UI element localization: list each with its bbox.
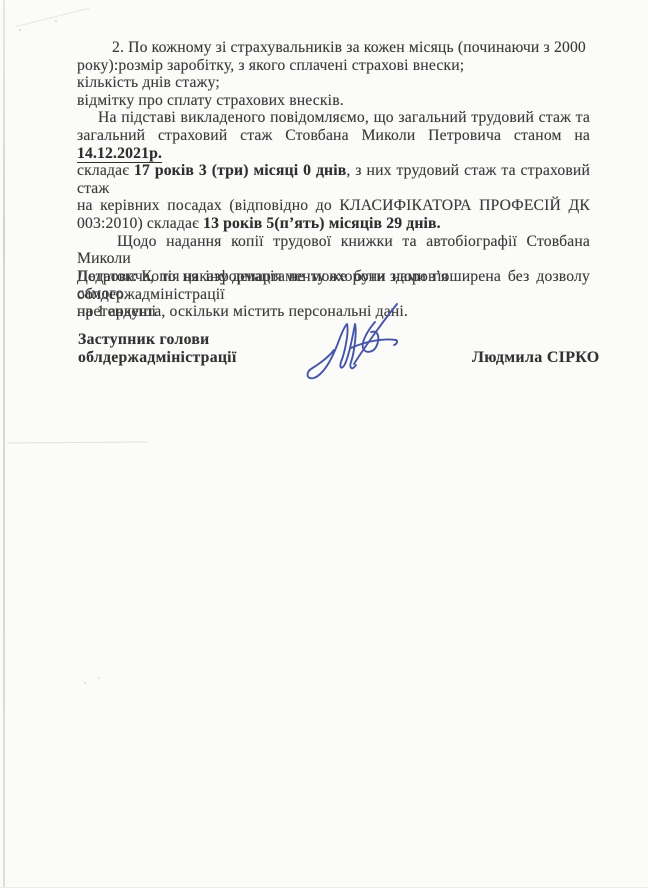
scan-edge-line [3,0,5,887]
paper-speck [19,29,21,31]
handwritten-signature [298,296,424,404]
para2-line2: загальний страховий стаж Стовбана Миколи… [77,127,590,162]
scan-scratch [16,8,90,27]
paper-speck [98,677,100,679]
signature-strokes [308,304,397,378]
para1-line4: відмітку про сплату страхових внесків. [77,92,590,110]
para1-line3: кількість днів стажу; [77,74,590,92]
para2-line1: На підставі викладеного повідомляємо, що… [77,109,590,127]
total-service-value: 17 років 3 (три) місяці 0 днів [134,162,346,179]
para2-line5: 003:2010) складає 13 років 5(п’ять) міся… [77,215,590,233]
para2-line2-text: загальний страховий стаж Стовбана Миколи… [77,127,590,144]
paper-speck [84,682,86,684]
para2-line3: складає 17 років 3 (три) місяці 0 днів, … [77,162,590,197]
document-page: 2. По кожному зі страхувальників за коже… [0,0,648,888]
record-date: 14.12.2021р. [77,145,162,164]
para2-line3-text1: складає [77,162,134,179]
para1-line1: 2. По кожному зі страхувальників за коже… [77,39,590,57]
para2-line5-text: 003:2010) складає [77,215,203,232]
para3-line1: Щодо надання копії трудової книжки та ав… [77,233,590,268]
signatory-name: Людмила СІРКО [472,349,600,367]
managerial-service-value: 13 років 5(п’ять) місяців 29 днів. [203,215,441,232]
para1-line2: року):розмір заробітку, з якого сплачені… [77,57,590,75]
paper-crease [7,442,148,444]
para2-line4: на керівних посадах (відповідно до КЛАСИ… [77,197,590,215]
paper-speck [55,20,57,22]
